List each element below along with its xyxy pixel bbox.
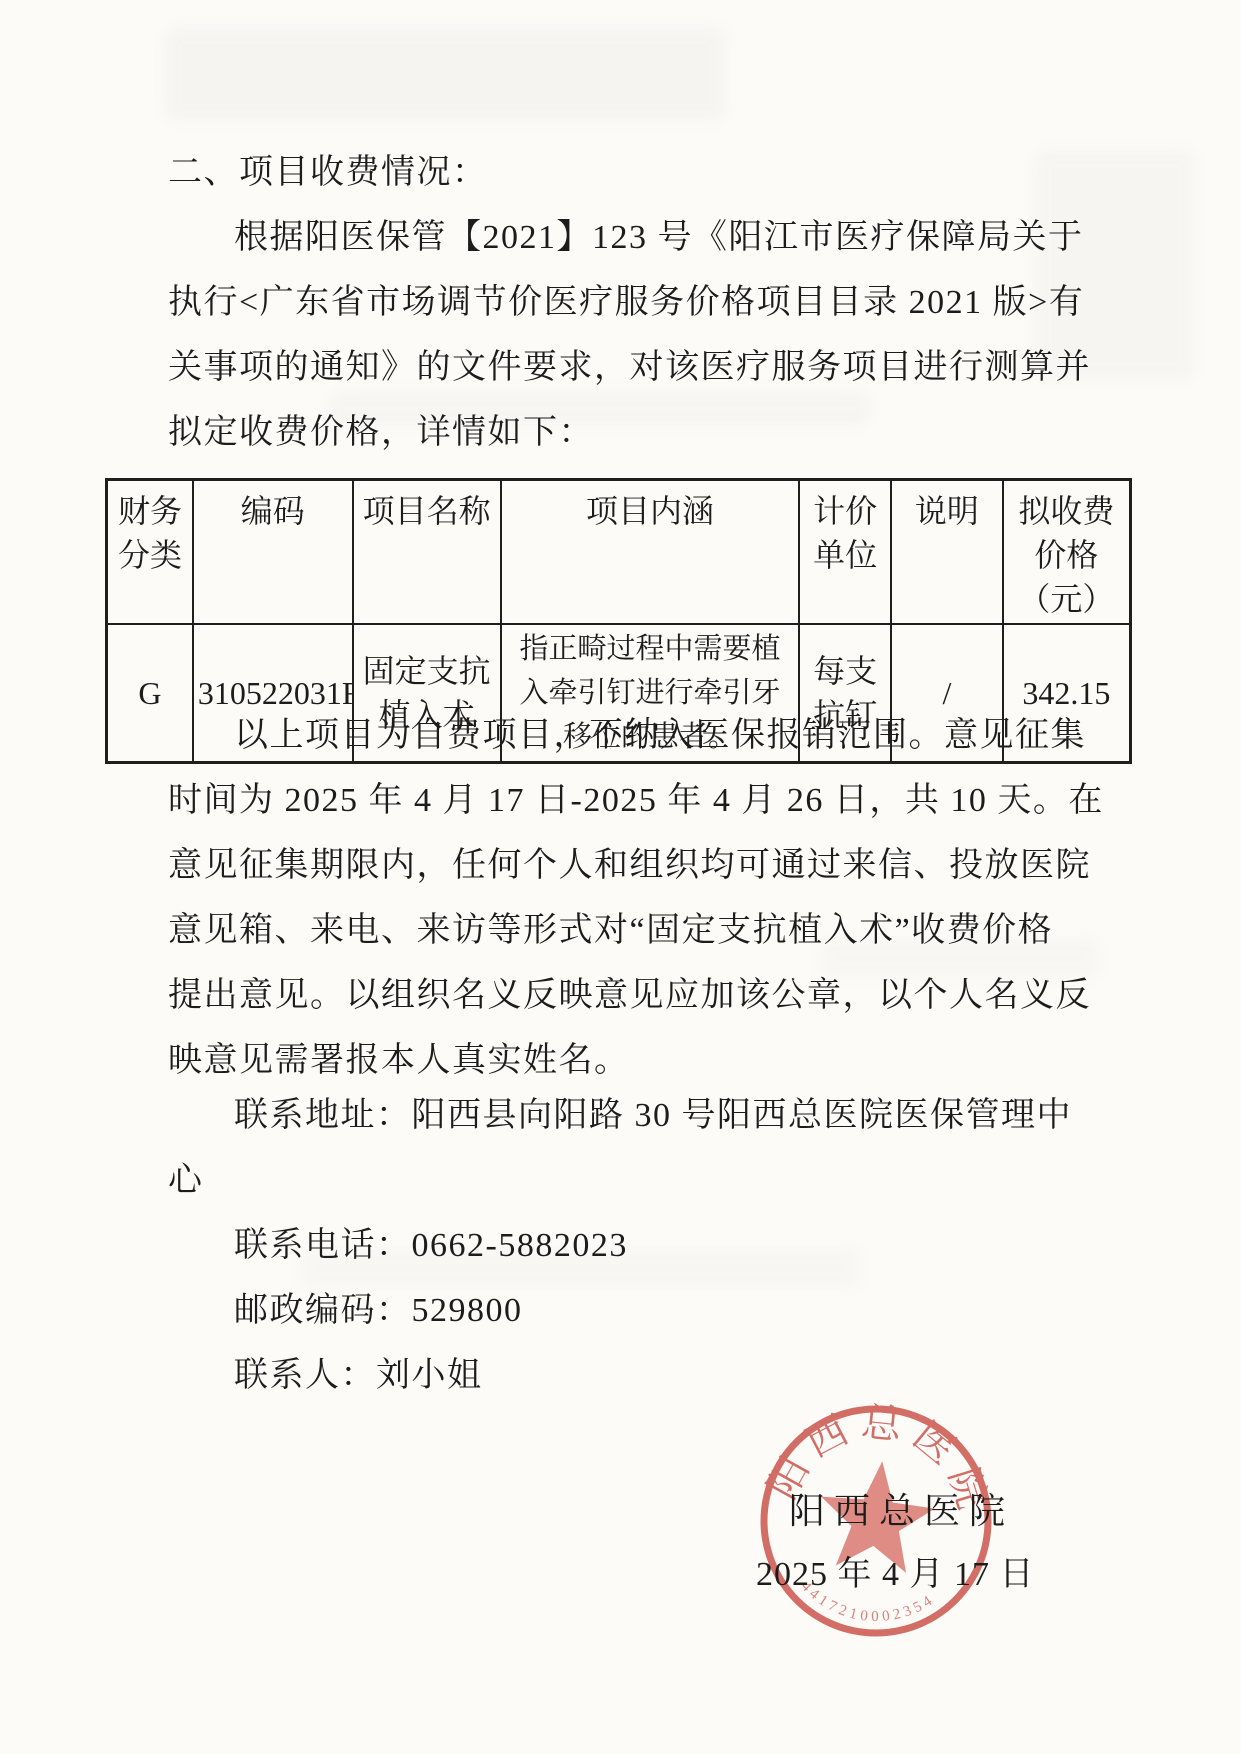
contact-postcode: 邮政编码：529800	[168, 1278, 1072, 1343]
signature-organization: 阳西总医院	[789, 1483, 1014, 1534]
header-item-intension: 项目内涵	[501, 480, 800, 625]
section-heading: 二、项目收费情况：	[168, 140, 488, 205]
intro-paragraph: 根据阳医保管【2021】123 号《阳江市医疗保障局关于 执行<广东省市场调节价…	[168, 205, 1091, 465]
paragraph-line: 提出意见。以组织名义反映意见应加该公章，以个人名义反	[168, 963, 1104, 1028]
header-pricing-unit: 计价单位	[799, 480, 891, 625]
contact-phone: 联系电话：0662-5882023	[168, 1213, 1072, 1278]
table-header-row: 财务分类 编码 项目名称 项目内涵 计价单位 说明 拟收费价格（元）	[107, 480, 1131, 625]
header-code: 编码	[193, 480, 353, 625]
header-item-name: 项目名称	[353, 480, 501, 625]
paragraph-line: 关事项的通知》的文件要求，对该医疗服务项目进行测算并	[168, 335, 1091, 400]
contact-info: 联系地址：阳西县向阳路 30 号阳西总医院医保管理中 心 联系电话：0662-5…	[168, 1083, 1072, 1408]
header-proposed-price: 拟收费价格（元）	[1003, 480, 1131, 625]
paragraph-line: 时间为 2025 年 4 月 17 日-2025 年 4 月 26 日，共 10…	[168, 768, 1104, 833]
paragraph-line: 以上项目为自费项目，不纳入医保报销范围。意见征集	[168, 703, 1104, 768]
contact-address-line1: 联系地址：阳西县向阳路 30 号阳西总医院医保管理中	[168, 1083, 1072, 1148]
paragraph-line: 拟定收费价格，详情如下：	[168, 400, 1091, 465]
paragraph-line: 意见箱、来电、来访等形式对“固定支抗植入术”收费价格	[168, 898, 1104, 963]
header-note: 说明	[891, 480, 1003, 625]
paragraph-line: 根据阳医保管【2021】123 号《阳江市医疗保障局关于	[168, 205, 1091, 270]
paragraph-line: 执行<广东省市场调节价医疗服务价格项目目录 2021 版>有	[168, 270, 1091, 335]
document-page: 二、项目收费情况： 根据阳医保管【2021】123 号《阳江市医疗保障局关于 执…	[0, 0, 1241, 1754]
contact-address-line2: 心	[168, 1148, 1072, 1213]
paragraph-line: 意见征集期限内，任何个人和组织均可通过来信、投放医院	[168, 833, 1104, 898]
notice-paragraph: 以上项目为自费项目，不纳入医保报销范围。意见征集 时间为 2025 年 4 月 …	[168, 703, 1104, 1093]
header-finance-category: 财务分类	[107, 480, 193, 625]
signature-date: 2025 年 4 月 17 日	[756, 1546, 1035, 1595]
scan-bleed-artifact	[165, 28, 725, 120]
